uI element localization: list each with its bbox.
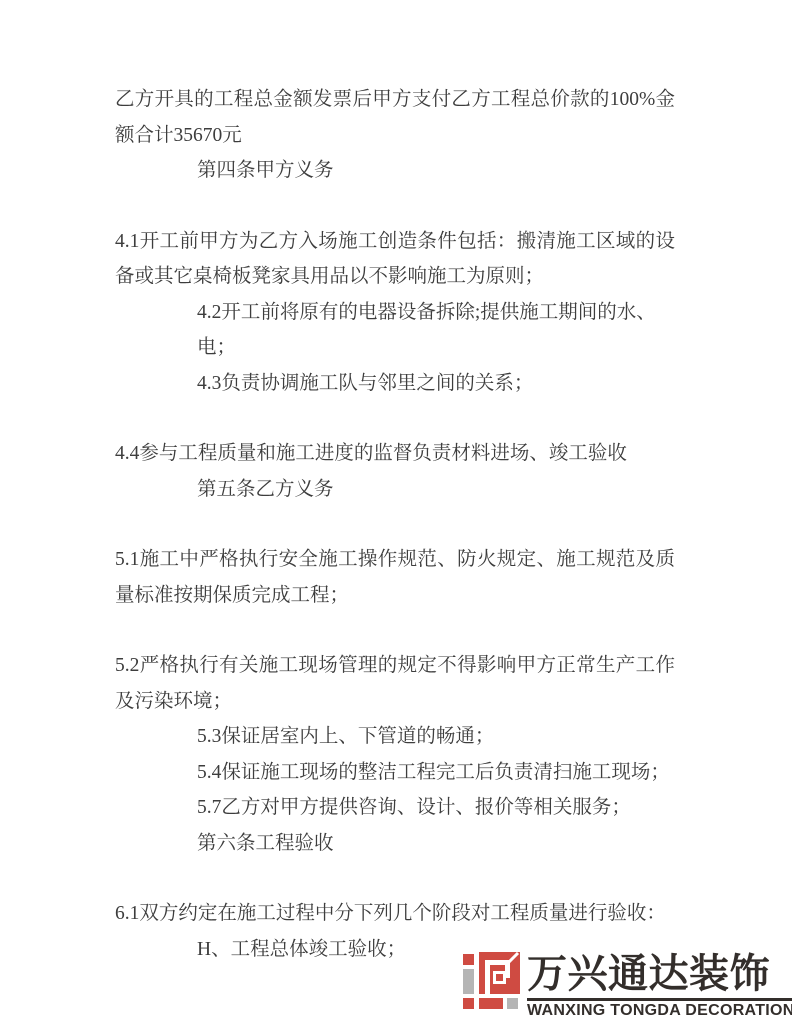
paragraph: 4.4参与工程质量和施工进度的监督负责材料进场、竣工验收 xyxy=(115,436,675,472)
paragraph: 乙方开具的工程总金额发票后甲方支付乙方工程总价款的100%金额合计35670元 xyxy=(115,82,675,153)
contract-text: 乙方开具的工程总金额发票后甲方支付乙方工程总价款的100%金额合计35670元第… xyxy=(115,82,675,967)
paragraph: 第四条甲方义务 xyxy=(115,153,675,189)
company-logo: 万兴通达装饰 WANXING TONGDA DECORATION xyxy=(463,952,792,1020)
paragraph: 第六条工程验收 xyxy=(115,826,675,862)
paragraph: 5.3保证居室内上、下管道的畅通； xyxy=(115,719,675,755)
paragraph: 5.2严格执行有关施工现场管理的规定不得影响甲方正常生产工作及污染环境； xyxy=(115,648,675,719)
paragraph: 第五条乙方义务 xyxy=(115,472,675,508)
company-name-english: WANXING TONGDA DECORATION xyxy=(527,1002,792,1020)
wanxing-tongda-logo-icon xyxy=(463,952,520,1010)
contract-document-page: 乙方开具的工程总金额发票后甲方支付乙方工程总价款的100%金额合计35670元第… xyxy=(0,0,792,1025)
paragraph: 5.1施工中严格执行安全施工操作规范、防火规定、施工规范及质量标准按期保质完成工… xyxy=(115,542,675,613)
paragraph: 5.7乙方对甲方提供咨询、设计、报价等相关服务； xyxy=(115,790,675,826)
paragraph: 4.3负责协调施工队与邻里之间的关系； xyxy=(115,366,675,402)
company-name-chinese: 万兴通达装饰 xyxy=(527,952,792,997)
company-logo-text: 万兴通达装饰 WANXING TONGDA DECORATION xyxy=(527,952,792,1020)
paragraph: 4.2开工前将原有的电器设备拆除;提供施工期间的水、电； xyxy=(115,295,675,366)
paragraph: 6.1双方约定在施工过程中分下列几个阶段对工程质量进行验收： xyxy=(115,896,675,932)
paragraph: 4.1开工前甲方为乙方入场施工创造条件包括：搬清施工区域的设备或其它桌椅板凳家具… xyxy=(115,224,675,295)
logo-divider-line xyxy=(527,998,792,1001)
paragraph: 5.4保证施工现场的整洁工程完工后负责清扫施工现场； xyxy=(115,755,675,791)
